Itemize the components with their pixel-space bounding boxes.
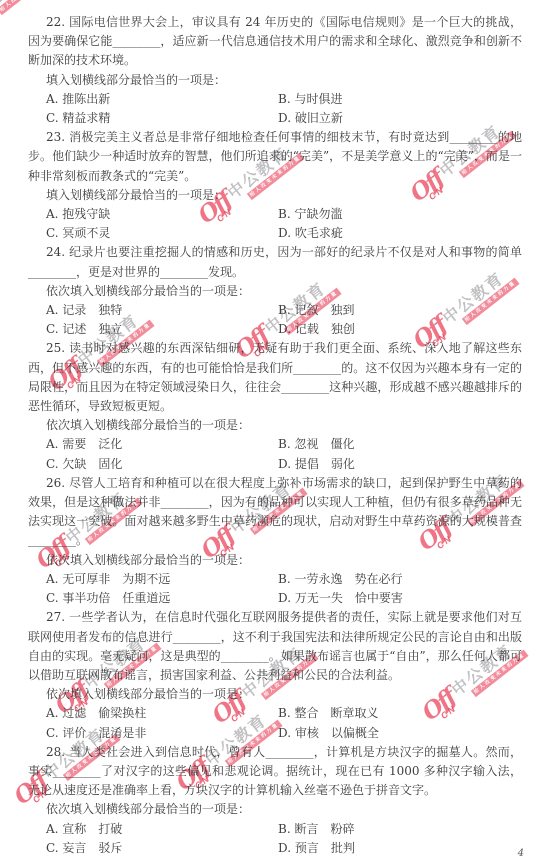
option-c: C. 评价 混淆是非 (46, 724, 278, 743)
option-row: A. 无可厚非 为期不远 B. 一劳永逸 势在必行 (46, 570, 522, 589)
question-prompt: 依次填入划横线部分最恰当的一项是： (28, 551, 522, 570)
option-row: C. 精益求精 D. 破旧立新 (46, 109, 522, 128)
option-d: D. 万无一失 恰中要害 (278, 589, 403, 608)
exam-page: Off CN 中公教育 给人改变未来的力量 Off CN 中公教育 给人改变未来… (0, 0, 550, 864)
question-27: 27. 一些学者认为，在信息时代强化互联网服务提供者的责任，实际上就是要求他们对… (28, 608, 522, 742)
option-b: B. 断言 粉碎 (278, 820, 354, 839)
question-stem: 24. 纪录片也要注重挖掘人的情感和历史，因为一部好的纪录片不仅是对人和事物的简… (28, 243, 522, 281)
question-options: A. 过滤 偷梁换柱 B. 整合 断章取义 C. 评价 混淆是非 D. 审核 以… (28, 704, 522, 742)
option-a: A. 宣称 打破 (46, 820, 278, 839)
option-a: A. 过滤 偷梁换柱 (46, 704, 278, 723)
option-row: C. 妄言 驳斥 D. 预言 批判 (46, 839, 522, 858)
option-d: D. 审核 以偏概全 (278, 724, 379, 743)
option-row: A. 记录 独特 B. 记叙 独到 (46, 301, 522, 320)
question-prompt: 依次填入划横线部分最恰当的一项是： (28, 282, 522, 301)
question-stem: 22. 国际电信世界大会上，审议具有 24 年历史的《国际电信规则》是一个巨大的… (28, 13, 522, 71)
question-stem: 28. 当人类社会进入到信息时代，曾有人________，计算机是方块汉字的掘墓… (28, 743, 522, 801)
question-options: A. 需要 泛化 B. 忽视 僵化 C. 欠缺 固化 D. 提倡 弱化 (28, 435, 522, 473)
question-prompt: 依次填入划横线部分最恰当的一项是： (28, 685, 522, 704)
question-26: 26. 尽管人工培育和种植可以在很大程度上弥补市场需求的缺口，起到保护野生中草药… (28, 474, 522, 608)
option-row: A. 过滤 偷梁换柱 B. 整合 断章取义 (46, 704, 522, 723)
question-options: A. 推陈出新 B. 与时俱进 C. 精益求精 D. 破旧立新 (28, 90, 522, 128)
option-a: A. 需要 泛化 (46, 435, 278, 454)
option-b: B. 一劳永逸 势在必行 (278, 570, 402, 589)
option-d: D. 破旧立新 (278, 109, 343, 128)
option-row: C. 评价 混淆是非 D. 审核 以偏概全 (46, 724, 522, 743)
question-prompt: 填入划横线部分最恰当的一项是： (28, 71, 522, 90)
option-d: D. 预言 批判 (278, 839, 355, 858)
option-row: A. 推陈出新 B. 与时俱进 (46, 90, 522, 109)
question-24: 24. 纪录片也要注重挖掘人的情感和历史，因为一部好的纪录片不仅是对人和事物的简… (28, 243, 522, 339)
question-prompt: 填入划横线部分最恰当的一项是： (28, 186, 522, 205)
question-stem: 26. 尽管人工培育和种植可以在很大程度上弥补市场需求的缺口，起到保护野生中草药… (28, 474, 522, 551)
question-options: A. 记录 独特 B. 记叙 独到 C. 记述 独立 D. 记载 独创 (28, 301, 522, 339)
option-c: C. 欠缺 固化 (46, 455, 278, 474)
question-stem: 25. 读书时对感兴趣的东西深钻细研，无疑有助于我们更全面、系统、深入地了解这些… (28, 339, 522, 416)
option-a: A. 记录 独特 (46, 301, 278, 320)
question-stem: 27. 一些学者认为，在信息时代强化互联网服务提供者的责任，实际上就是要求他们对… (28, 608, 522, 685)
option-row: A. 抱残守缺 B. 宁缺勿滥 (46, 205, 522, 224)
option-c: C. 冥顽不灵 (46, 224, 278, 243)
question-23: 23. 消极完美主义者总是非常仔细地检查任何事情的细枝末节，有时竟达到_____… (28, 128, 522, 243)
option-a: A. 无可厚非 为期不远 (46, 570, 278, 589)
option-d: D. 记载 独创 (278, 320, 355, 339)
option-b: B. 忽视 僵化 (278, 435, 354, 454)
question-prompt: 依次填入划横线部分最恰当的一项是： (28, 416, 522, 435)
option-b: B. 宁缺勿滥 (278, 205, 342, 224)
option-c: C. 事半功倍 任重道远 (46, 589, 278, 608)
option-c: C. 记述 独立 (46, 320, 278, 339)
question-25: 25. 读书时对感兴趣的东西深钻细研，无疑有助于我们更全面、系统、深入地了解这些… (28, 339, 522, 473)
option-d: D. 吹毛求疵 (278, 224, 343, 243)
option-row: C. 冥顽不灵 D. 吹毛求疵 (46, 224, 522, 243)
exam-content: 22. 国际电信世界大会上，审议具有 24 年历史的《国际电信规则》是一个巨大的… (0, 0, 550, 864)
question-prompt: 依次填入划横线部分最恰当的一项是： (28, 800, 522, 819)
option-b: B. 与时俱进 (278, 90, 342, 109)
question-stem: 23. 消极完美主义者总是非常仔细地检查任何事情的细枝末节，有时竟达到_____… (28, 128, 522, 186)
option-row: A. 需要 泛化 B. 忽视 僵化 (46, 435, 522, 454)
option-row: C. 欠缺 固化 D. 提倡 弱化 (46, 455, 522, 474)
question-options: A. 宣称 打破 B. 断言 粉碎 C. 妄言 驳斥 D. 预言 批判 (28, 820, 522, 858)
option-row: C. 记述 独立 D. 记载 独创 (46, 320, 522, 339)
option-c: C. 精益求精 (46, 109, 278, 128)
option-row: A. 宣称 打破 B. 断言 粉碎 (46, 820, 522, 839)
question-options: A. 无可厚非 为期不远 B. 一劳永逸 势在必行 C. 事半功倍 任重道远 D… (28, 570, 522, 608)
option-c: C. 妄言 驳斥 (46, 839, 278, 858)
option-a: A. 抱残守缺 (46, 205, 278, 224)
option-d: D. 提倡 弱化 (278, 455, 355, 474)
question-28: 28. 当人类社会进入到信息时代，曾有人________，计算机是方块汉字的掘墓… (28, 743, 522, 858)
question-22: 22. 国际电信世界大会上，审议具有 24 年历史的《国际电信规则》是一个巨大的… (28, 13, 522, 128)
question-options: A. 抱残守缺 B. 宁缺勿滥 C. 冥顽不灵 D. 吹毛求疵 (28, 205, 522, 243)
option-a: A. 推陈出新 (46, 90, 278, 109)
option-b: B. 整合 断章取义 (278, 704, 378, 723)
page-number: 4 (518, 849, 524, 859)
option-b: B. 记叙 独到 (278, 301, 354, 320)
option-row: C. 事半功倍 任重道远 D. 万无一失 恰中要害 (46, 589, 522, 608)
